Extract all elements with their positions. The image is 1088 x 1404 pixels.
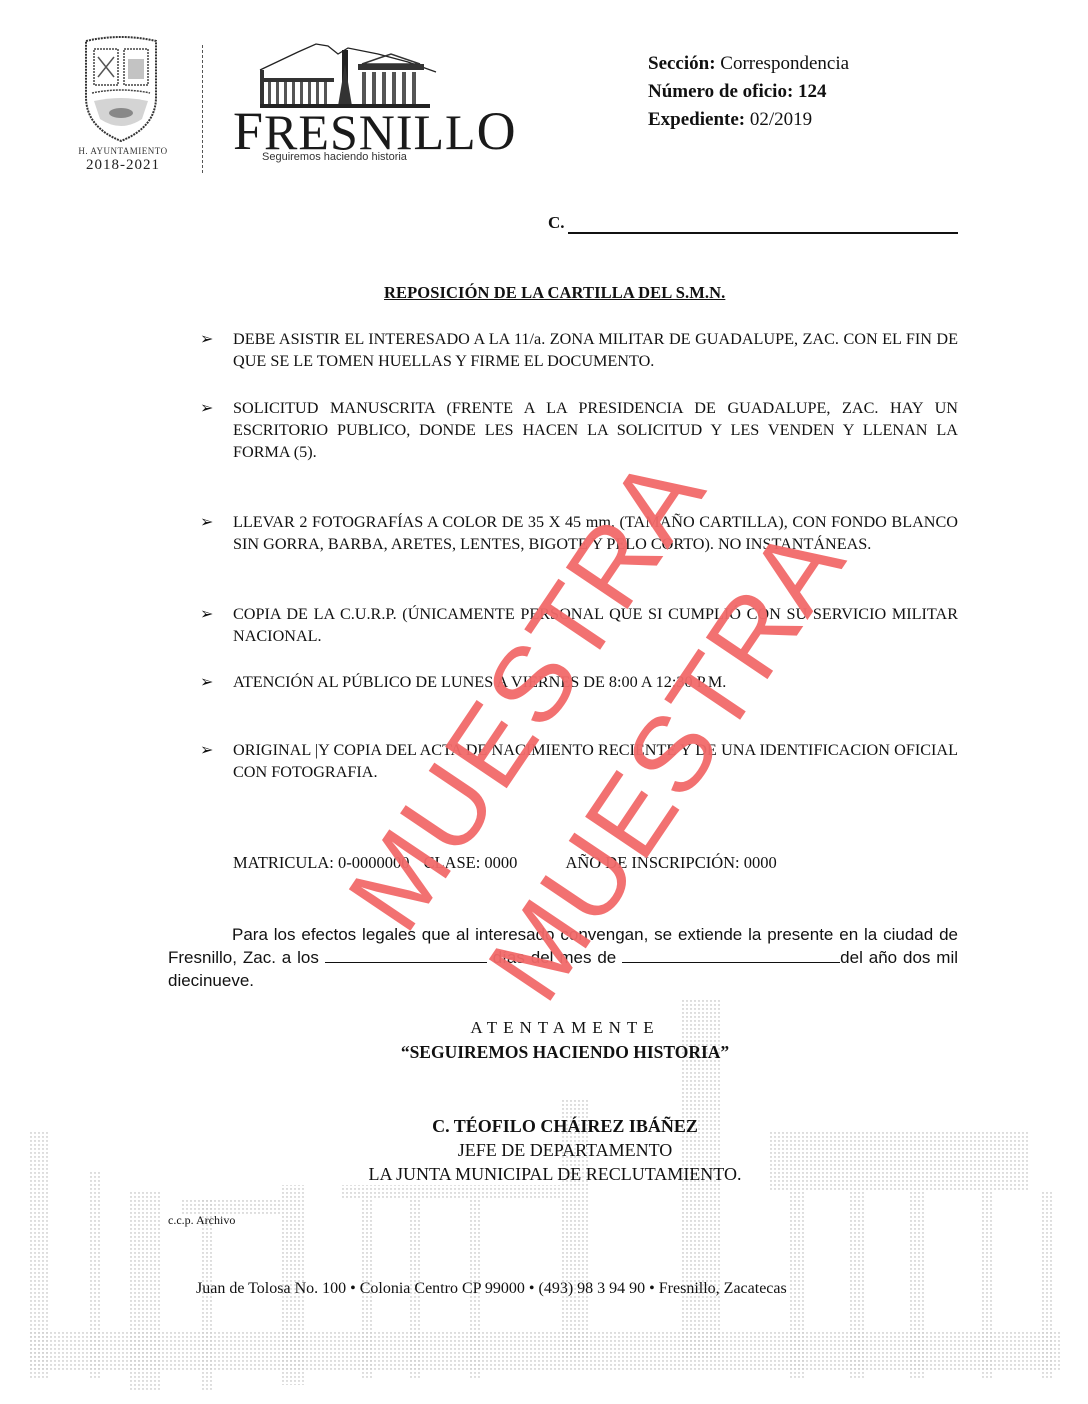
requirement-item: ➢ COPIA DE LA C.U.R.P. (ÚNICAMENTE PERSO… [200,603,958,647]
seccion-row: Sección: Correspondencia [648,50,849,78]
closing-motto: “SEGUIREMOS HACIENDO HISTORIA” [0,1042,1088,1063]
month-blank[interactable] [622,948,840,963]
arrow-bullet-icon: ➢ [200,739,213,761]
arrow-bullet-icon: ➢ [200,397,213,419]
signer-role: JEFE DE DEPARTAMENTO [0,1140,1088,1161]
header-divider [202,45,203,173]
day-blank[interactable] [325,948,487,963]
requirement-item: ➢ DEBE ASISTIR EL INTERESADO A LA 11/a. … [200,328,958,372]
footer-address: Juan de Tolosa No. 100 • Colonia Centro … [196,1280,787,1298]
requirement-item: ➢ SOLICITUD MANUSCRITA (FRENTE A LA PRES… [200,397,958,463]
signer-name: C. TÉOFILO CHÁIREZ IBÁÑEZ [0,1116,1088,1137]
requirement-item: ➢ ORIGINAL |Y COPIA DEL ACTA DE NACIMIEN… [200,739,958,783]
recipient-name-blank[interactable] [568,232,958,234]
oficio-row: Número de oficio: 124 [648,78,849,106]
matricula-value: MATRICULA: 0-0000000 [233,853,409,872]
document-metadata: Sección: Correspondencia Número de ofici… [648,50,849,134]
document-title: REPOSICIÓN DE LA CARTILLA DEL S.M.N. [384,283,725,303]
brand-slogan: Seguiremos haciendo historia [262,151,407,163]
expediente-row: Expediente: 02/2019 [648,106,849,134]
legal-paragraph: Para los efectos legales que al interesa… [168,923,958,992]
ayuntamiento-years: 2018-2021 [75,157,171,174]
clase-value: CLASE: 0000 [423,853,517,872]
requirement-item: ➢ ATENCIÓN AL PÚBLICO DE LUNES A VIERNES… [200,671,958,693]
arrow-bullet-icon: ➢ [200,511,213,533]
ayuntamiento-label: H. AYUNTAMIENTO [75,146,171,156]
fresnillo-skyline-logo [258,40,438,110]
anio-inscripcion-value: AÑO DE INSCRIPCIÓN: 0000 [565,853,776,872]
arrow-bullet-icon: ➢ [200,328,213,350]
arrow-bullet-icon: ➢ [200,603,213,625]
fresnillo-brand-wordmark: FRESNILLO [233,104,517,158]
requirement-item: ➢ LLEVAR 2 FOTOGRAFÍAS A COLOR DE 35 X 4… [200,511,958,555]
arrow-bullet-icon: ➢ [200,671,213,693]
municipal-shield-logo [80,35,162,143]
recipient-prefix: C. [548,213,565,233]
signer-department: LA JUNTA MUNICIPAL DE RECLUTAMIENTO. [0,1164,1088,1185]
closing-salutation: ATENTAMENTE [0,1018,1088,1038]
registration-info: MATRICULA: 0-0000000CLASE: 0000AÑO DE IN… [233,853,777,873]
ccp-note: c.c.p. Archivo [168,1213,235,1228]
